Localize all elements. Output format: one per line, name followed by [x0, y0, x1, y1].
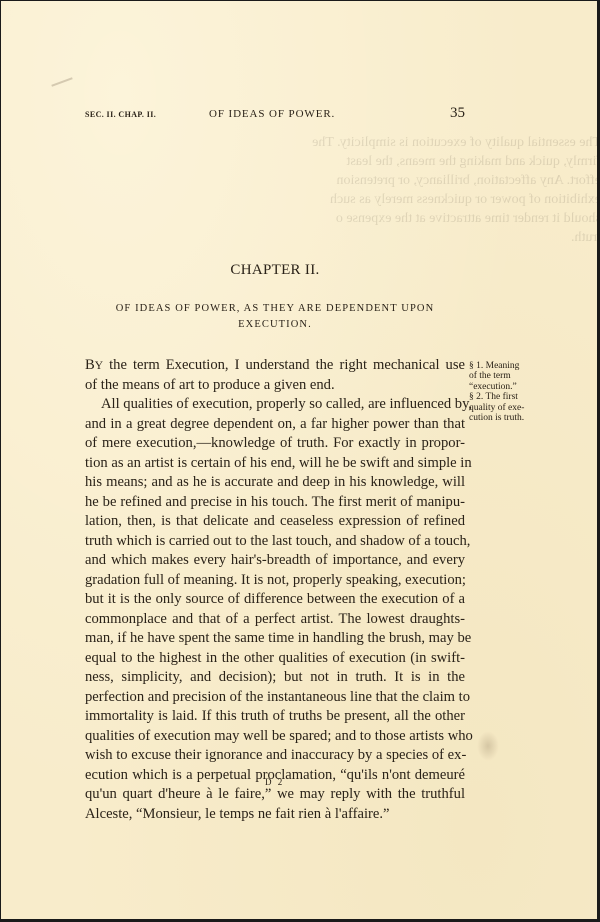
line-text: the term Execution, I understand the rig…: [103, 357, 465, 373]
paragraph-line: tion as an artist is certain of his end,…: [85, 454, 465, 474]
margin-note-1: § 1. Meaning of the term “execution.”: [469, 361, 569, 392]
paragraph-line: truth which is carried out to the last t…: [85, 532, 465, 552]
bleed-line: The essential quality of execution is si…: [241, 133, 597, 152]
chapter-subtitle-line: EXECUTION.: [93, 317, 457, 333]
paragraph-line: qualities of execution may well be spare…: [85, 727, 465, 747]
paragraph-line: Alceste, “Monsieur, le temps ne fait rie…: [85, 805, 465, 825]
paragraph-line: and in a great degree dependent on, a fa…: [85, 415, 465, 435]
paper-smudge: [477, 731, 499, 761]
paragraph-line: commonplace and that of a perfect artist…: [85, 610, 465, 630]
paragraph-line: lation, then, is that delicate and cease…: [85, 512, 465, 532]
margin-note-line: quality of exe-: [469, 403, 569, 413]
chapter-subtitle: OF IDEAS OF POWER, AS THEY ARE DEPENDENT…: [93, 301, 457, 333]
paragraph-line: wish to excuse their ignorance and inacc…: [85, 746, 465, 766]
paragraph-line: equal to the highest in the other qualit…: [85, 649, 465, 669]
margin-note-line: § 1. Meaning: [469, 361, 569, 371]
chapter-subtitle-line: OF IDEAS OF POWER, AS THEY ARE DEPENDENT…: [93, 301, 457, 317]
margin-note-line: “execution.”: [469, 382, 569, 392]
paragraph-line: BY the term Execution, I understand the …: [85, 356, 465, 376]
margin-note-line: § 2. The first: [469, 392, 569, 402]
running-head-title: OF IDEAS OF POWER.: [209, 108, 335, 120]
bleed-through-text: The essential quality of execution is si…: [241, 133, 597, 253]
margin-note-line: of the term: [469, 371, 569, 381]
bleed-line: should it render time attractive at the …: [241, 209, 597, 228]
paragraph-line: of mere execution,—knowledge of truth. F…: [85, 434, 465, 454]
page-number: 35: [450, 105, 465, 122]
paragraph-line: his means; and as he is accurate and dee…: [85, 473, 465, 493]
bleed-line: exhibition of power or quickness merely …: [241, 190, 597, 209]
paragraph-line: and which makes every hair's-breadth of …: [85, 551, 465, 571]
paragraph-line: but it is the only source of difference …: [85, 590, 465, 610]
paragraph-line: qu'un quart d'heure à le faire,” we may …: [85, 785, 465, 805]
chapter-title: CHAPTER II.: [85, 262, 465, 279]
running-head-section: SEC. II. CHAP. II.: [85, 110, 156, 119]
signature-mark: D 2: [265, 777, 284, 787]
paragraph-line: of the means of art to produce a given e…: [85, 376, 465, 396]
bleed-line: firmly, quick and making the means, the …: [241, 152, 597, 171]
margin-note-line: cution is truth.: [469, 413, 569, 423]
paper-mark: [51, 77, 72, 86]
paragraph-line: ness, simplicity, and decision); but not…: [85, 668, 465, 688]
paragraph-line: man, if he have spent the same time in h…: [85, 629, 465, 649]
body-text: BY the term Execution, I understand the …: [85, 356, 465, 824]
bleed-line: effort. Any affectation, brilliancy, or …: [241, 171, 597, 190]
margin-note-2: § 2. The first quality of exe- cution is…: [469, 392, 569, 423]
running-head: SEC. II. CHAP. II. OF IDEAS OF POWER. 35: [85, 107, 465, 123]
bleed-line: truth.: [241, 228, 597, 247]
paragraph-line: gradation full of meaning. It is not, pr…: [85, 571, 465, 591]
margin-notes: § 1. Meaning of the term “execution.” § …: [469, 361, 569, 423]
paragraph-line: immortality is laid. If this truth of tr…: [85, 707, 465, 727]
paragraph-line: All qualities of execution, properly so …: [85, 395, 465, 415]
book-page: The essential quality of execution is si…: [1, 1, 597, 919]
paragraph-line: perfection and precision of the instanta…: [85, 688, 465, 708]
drop-word: BY: [85, 357, 103, 373]
paragraph-line: he be refined and precise in his touch. …: [85, 493, 465, 513]
